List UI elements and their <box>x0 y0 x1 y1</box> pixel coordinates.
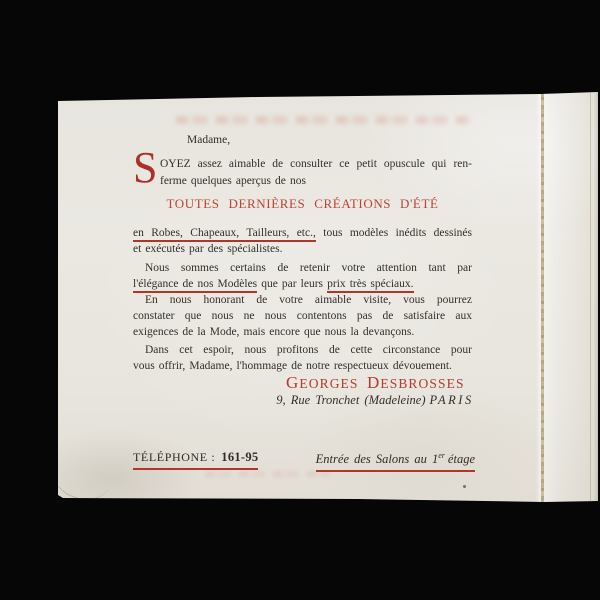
paper-speck <box>463 485 466 488</box>
signature-initial-g: G <box>286 373 299 392</box>
salutation: Madame, <box>187 132 230 148</box>
ink-showthrough-top <box>176 116 472 124</box>
address-city: PARIS <box>430 393 474 407</box>
paragraph2-line1: en Robes, Chapeaux, Tailleurs, etc., tou… <box>133 225 472 241</box>
paragraph5-line2: vous offrir, Madame, l'hommage de notre … <box>133 358 472 374</box>
signature: GEORGES DESBROSSES <box>286 375 456 392</box>
signature-initial-d: D <box>367 373 380 392</box>
paragraph4-line1: En nous honorant de votre aimable visite… <box>133 292 472 308</box>
entrance-text: Entrée des Salons au 1 <box>316 452 439 466</box>
paragraph1-line2: ferme quelques aperçus de nos <box>133 173 472 189</box>
paragraph5-line1: Dans cet espoir, nous profitons de cette… <box>133 342 472 358</box>
paragraph3-line2-mid: que par leurs <box>257 278 327 290</box>
telephone-label: TÉLÉPHONE : <box>133 450 215 464</box>
headline: TOUTES DERNIÈRES CRÉATIONS D'ÉTÉ <box>133 196 472 212</box>
address-line: 9, Rue Tronchet (Madeleine)PARIS <box>270 392 480 408</box>
paragraph1-line1: OYEZ assez aimable de consulter ce petit… <box>133 156 472 172</box>
telephone: TÉLÉPHONE :161-95 <box>133 449 258 470</box>
paragraph2-line2: et exécutés par des spécialistes. <box>133 241 472 257</box>
fold-crease <box>541 92 544 502</box>
entrance-note: Entrée des Salons au 1erétage <box>316 448 475 472</box>
underlined-phrase-robes: en Robes, Chapeaux, Tailleurs, etc., <box>133 227 316 242</box>
page-edge-line <box>590 92 591 502</box>
signature-part2: ESBROSSES <box>380 376 464 391</box>
underlined-phrase-elegance: l'élégance de nos Modèles <box>133 278 257 293</box>
paragraph3-line1: Nous sommes certains de retenir votre at… <box>133 260 472 276</box>
signature-part1: EORGES <box>299 376 358 391</box>
photo-background: Madame, S OYEZ assez aimable de consulte… <box>0 0 600 600</box>
paragraph4-line3: exigences de la Mode, mais encore que no… <box>133 324 472 340</box>
ink-showthrough-bottom <box>205 471 330 477</box>
entrance-ordinal-sup: er <box>438 451 445 460</box>
address-street: 9, Rue Tronchet (Madeleine) <box>276 393 425 407</box>
letter-page: Madame, S OYEZ assez aimable de consulte… <box>58 92 598 502</box>
paragraph3-line2: l'élégance de nos Modèles que par leurs … <box>133 276 472 292</box>
paragraph2-line1-rest: tous modèles inédits dessinés <box>316 227 472 239</box>
corner-crease <box>46 444 118 507</box>
underlined-phrase-prix: prix très spéciaux. <box>327 278 413 293</box>
paragraph4-line2: constater que nous ne nous contentons pa… <box>133 308 472 324</box>
entrance-text-end: étage <box>448 452 475 466</box>
telephone-number: 161-95 <box>221 450 258 464</box>
